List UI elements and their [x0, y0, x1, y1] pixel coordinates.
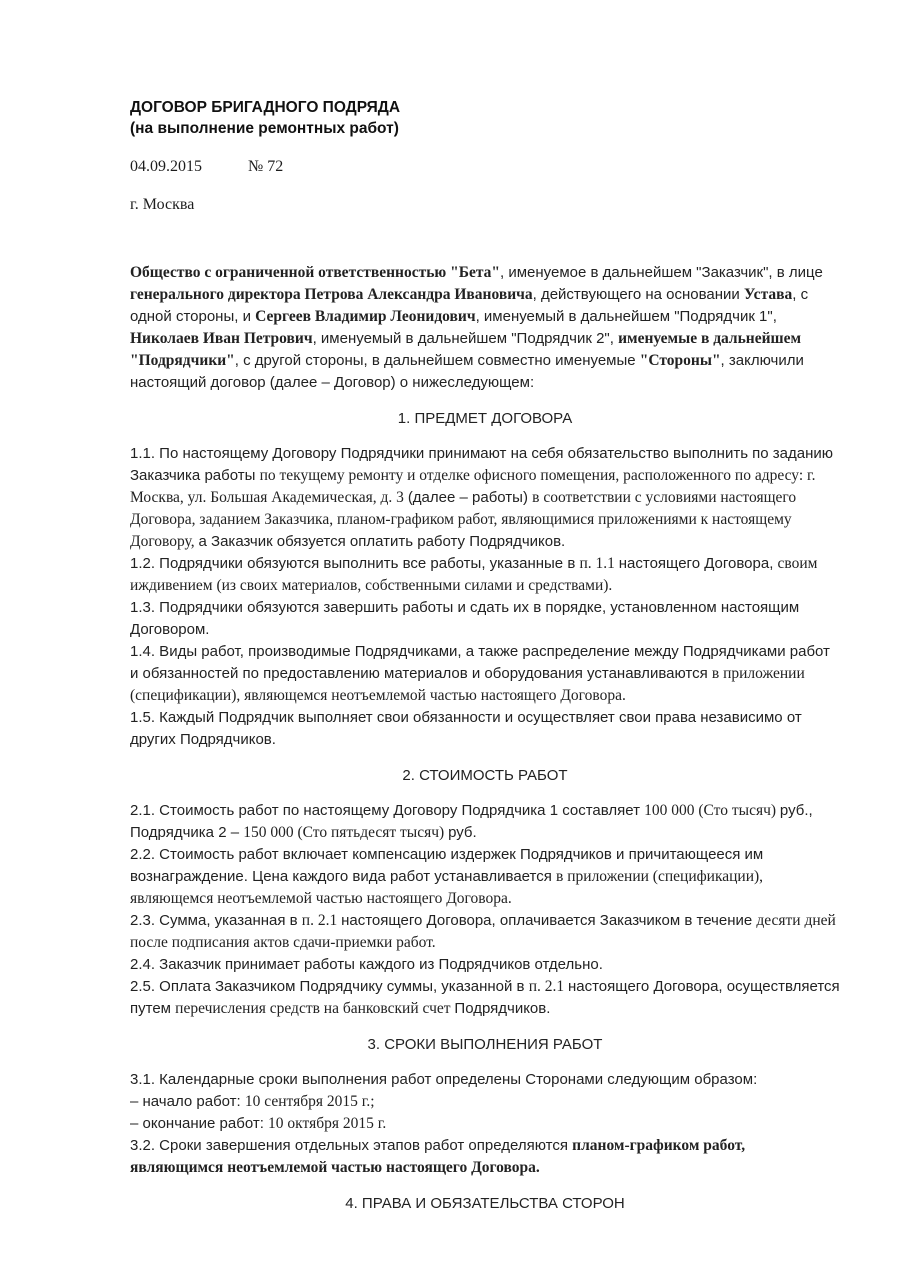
contract-date: 04.09.2015 — [130, 158, 202, 175]
text-run: Подрядчиков. — [454, 1000, 550, 1017]
clause-reference: п. 2.1 — [302, 912, 341, 929]
parties-collective-name: "Стороны" — [640, 352, 721, 369]
preamble-paragraph: Общество с ограниченной ответственностью… — [130, 262, 840, 394]
document-title-line-2: (на выполнение ремонтных работ) — [130, 118, 840, 139]
text-run: руб. — [448, 824, 477, 841]
contractor-2-name: Николаев Иван Петрович — [130, 330, 313, 347]
clause-3-1: 3.1. Календарные сроки выполнения работ … — [130, 1069, 840, 1091]
work-end-date: 10 октября 2015 г. — [268, 1115, 386, 1132]
text-run: , именуемый в дальнейшем "Подрядчик 1", — [476, 308, 777, 325]
text-run: настоящего Договора, оплачивается Заказч… — [341, 912, 756, 929]
clause-2-5: 2.5. Оплата Заказчиком Подрядчику суммы,… — [130, 976, 840, 1020]
clause-1-2: 1.2. Подрядчики обязуются выполнить все … — [130, 553, 840, 597]
customer-director-name: генерального директора Петрова Александр… — [130, 286, 533, 303]
text-run: , именуемый в дальнейшем "Подрядчик 2", — [313, 330, 618, 347]
clause-3-2: 3.2. Сроки завершения отдельных этапов р… — [130, 1135, 840, 1179]
work-start-date: 10 сентября 2015 г.; — [245, 1093, 375, 1110]
section-4-heading: 4. ПРАВА И ОБЯЗАТЕЛЬСТВА СТОРОН — [130, 1193, 840, 1215]
text-run: , именуемое в дальнейшем "Заказчик", в л… — [500, 264, 823, 281]
section-3-heading: 3. СРОКИ ВЫПОЛНЕНИЯ РАБОТ — [130, 1034, 840, 1056]
text-run: 3.1. Календарные сроки выполнения работ … — [130, 1071, 757, 1088]
clause-reference: п. 2.1 — [529, 978, 568, 995]
document-title: ДОГОВОР БРИГАДНОГО ПОДРЯДА (на выполнени… — [130, 97, 840, 139]
text-run: 1.3. Подрядчики обязуются завершить рабо… — [130, 599, 799, 638]
text-run: 2.3. Сумма, указанная в — [130, 912, 302, 929]
text-run: 2.1. Стоимость работ по настоящему Догов… — [130, 802, 644, 819]
section-2-heading: 2. СТОИМОСТЬ РАБОТ — [130, 765, 840, 787]
text-run: 1.5. Каждый Подрядчик выполняет свои обя… — [130, 709, 802, 748]
text-run: , с другой стороны, в дальнейшем совмест… — [235, 352, 640, 369]
city-line: г. Москва — [130, 194, 840, 216]
contract-number: № 72 — [248, 158, 283, 175]
clause-2-3: 2.3. Сумма, указанная в п. 2.1 настоящег… — [130, 910, 840, 954]
work-end-line: – окончание работ: 10 октября 2015 г. — [130, 1113, 840, 1135]
section-1-heading: 1. ПРЕДМЕТ ДОГОВОРА — [130, 408, 840, 430]
clause-1-1: 1.1. По настоящему Договору Подрядчики п… — [130, 443, 840, 553]
customer-company-name: Общество с ограниченной ответственностью… — [130, 264, 500, 281]
text-run: а Заказчик обязуется оплатить работу Под… — [199, 533, 566, 550]
contract-city: г. Москва — [130, 196, 194, 213]
contractor-1-name: Сергеев Владимир Леонидович — [255, 308, 475, 325]
clause-2-1: 2.1. Стоимость работ по настоящему Догов… — [130, 800, 840, 844]
text-run: 2.4. Заказчик принимает работы каждого и… — [130, 956, 603, 973]
contractor-1-price: 100 000 (Сто тысяч) — [644, 802, 780, 819]
payment-method: перечисления средств на банковский счет — [175, 1000, 454, 1017]
clause-1-4: 1.4. Виды работ, производимые Подрядчика… — [130, 641, 840, 707]
clause-reference: п. 1.1 — [579, 555, 618, 572]
clause-2-4: 2.4. Заказчик принимает работы каждого и… — [130, 954, 840, 976]
clause-1-5: 1.5. Каждый Подрядчик выполняет свои обя… — [130, 707, 840, 751]
text-run: настоящего Договора, — [619, 555, 778, 572]
text-run: – начало работ: — [130, 1093, 245, 1110]
charter-reference: Устава — [744, 286, 792, 303]
contractor-2-price: 150 000 (Сто пятьдесят тысяч) — [243, 824, 448, 841]
contract-document-page: ДОГОВОР БРИГАДНОГО ПОДРЯДА (на выполнени… — [0, 0, 910, 1288]
text-run: 1.2. Подрядчики обязуются выполнить все … — [130, 555, 579, 572]
text-run: 3.2. Сроки завершения отдельных этапов р… — [130, 1137, 572, 1154]
text-run: (далее – работы) — [408, 489, 532, 506]
document-title-line-1: ДОГОВОР БРИГАДНОГО ПОДРЯДА — [130, 97, 840, 118]
clause-1-3: 1.3. Подрядчики обязуются завершить рабо… — [130, 597, 840, 641]
text-run: , действующего на основании — [533, 286, 744, 303]
clause-2-2: 2.2. Стоимость работ включает компенсаци… — [130, 844, 840, 910]
text-run: – окончание работ: — [130, 1115, 268, 1132]
date-number-line: 04.09.2015№ 72 — [130, 156, 840, 178]
text-run: 2.5. Оплата Заказчиком Подрядчику суммы,… — [130, 978, 529, 995]
work-start-line: – начало работ: 10 сентября 2015 г.; — [130, 1091, 840, 1113]
